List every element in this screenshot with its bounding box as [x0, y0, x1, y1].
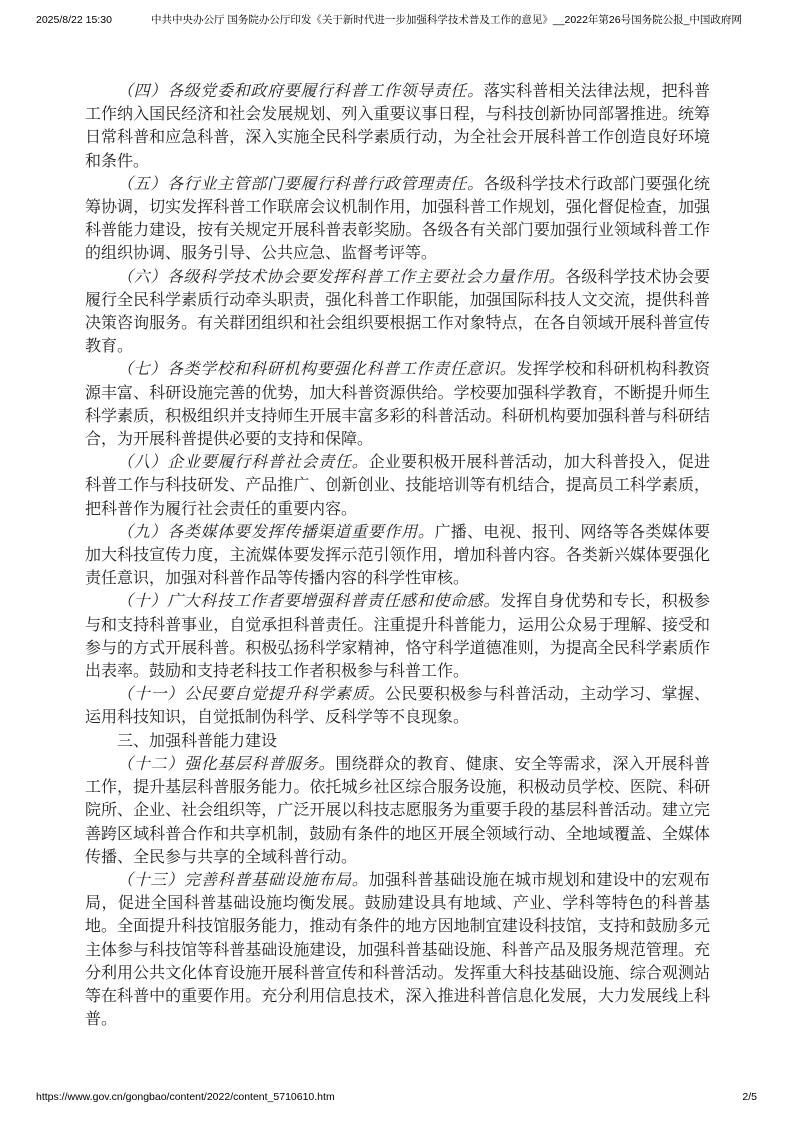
paragraph-lead: （十）广大科技工作者要增强科普责任感和使命感。 — [117, 593, 500, 610]
paragraph: （七）各类学校和科研机构要强化科普工作责任意识。发挥学校和科研机构科教资源丰富、… — [85, 358, 710, 451]
paragraph-lead: （十二）强化基层科普服务。 — [117, 756, 335, 773]
document-body: （四）各级党委和政府要履行科普工作领导责任。落实科普相关法律法规，把科普工作纳入… — [85, 80, 710, 1031]
section-heading: 三、加强科普能力建设 — [85, 730, 710, 753]
paragraph: （十二）强化基层科普服务。围绕群众的教育、健康、安全等需求，深入开展科普工作，提… — [85, 753, 710, 869]
paragraph: （八）企业要履行科普社会责任。企业要积极开展科普活动，加大科普投入，促进科普工作… — [85, 451, 710, 521]
print-preview-page: 2025/8/22 15:30 中共中央办公厅 国务院办公厅印发《关于新时代进一… — [0, 0, 793, 1122]
print-footer: https://www.gov.cn/gongbao/content/2022/… — [36, 1090, 757, 1104]
paragraph: （五）各行业主管部门要履行科普行政管理责任。各级科学技术行政部门要强化统筹协调，… — [85, 173, 710, 266]
paragraph: （四）各级党委和政府要履行科普工作领导责任。落实科普相关法律法规，把科普工作纳入… — [85, 80, 710, 173]
page-number: 2/5 — [742, 1090, 757, 1104]
paragraph: （九）各类媒体要发挥传播渠道重要作用。广播、电视、报刊、网络等各类媒体要加大科技… — [85, 521, 710, 591]
page-title: 中共中央办公厅 国务院办公厅印发《关于新时代进一步加强科学技术普及工作的意见》_… — [112, 13, 757, 27]
paragraph-lead: （十一）公民要自觉提升科学素质。 — [117, 686, 385, 703]
paragraph-text: 加强科普基础设施在城市规划和建设中的宏观布局，促进全国科普基础设施均衡发展。鼓励… — [85, 872, 710, 1028]
paragraph: （六）各级科学技术协会要发挥科普工作主要社会力量作用。各级科学技术协会要履行全民… — [85, 266, 710, 359]
print-datetime: 2025/8/22 15:30 — [36, 13, 112, 27]
paragraph-lead: （四）各级党委和政府要履行科普工作领导责任。 — [117, 83, 484, 100]
source-url: https://www.gov.cn/gongbao/content/2022/… — [36, 1090, 335, 1104]
paragraph-lead: （七）各类学校和科研机构要强化科普工作责任意识。 — [117, 361, 516, 378]
paragraph-lead: （九）各类媒体要发挥传播渠道重要作用。 — [117, 524, 435, 541]
paragraph: （十三）完善科普基础设施布局。加强科普基础设施在城市规划和建设中的宏观布局，促进… — [85, 869, 710, 1031]
paragraph: （十一）公民要自觉提升科学素质。公民要积极参与科普活动，主动学习、掌握、运用科技… — [85, 683, 710, 729]
paragraph-lead: （五）各行业主管部门要履行科普行政管理责任。 — [117, 176, 484, 193]
paragraph-lead: （十三）完善科普基础设施布局。 — [117, 872, 369, 889]
paragraph-lead: （六）各级科学技术协会要发挥科普工作主要社会力量作用。 — [117, 269, 565, 286]
paragraph-lead: （八）企业要履行科普社会责任。 — [117, 454, 369, 471]
print-header: 2025/8/22 15:30 中共中央办公厅 国务院办公厅印发《关于新时代进一… — [36, 13, 757, 27]
paragraph: （十）广大科技工作者要增强科普责任感和使命感。发挥自身优势和专长，积极参与和支持… — [85, 590, 710, 683]
